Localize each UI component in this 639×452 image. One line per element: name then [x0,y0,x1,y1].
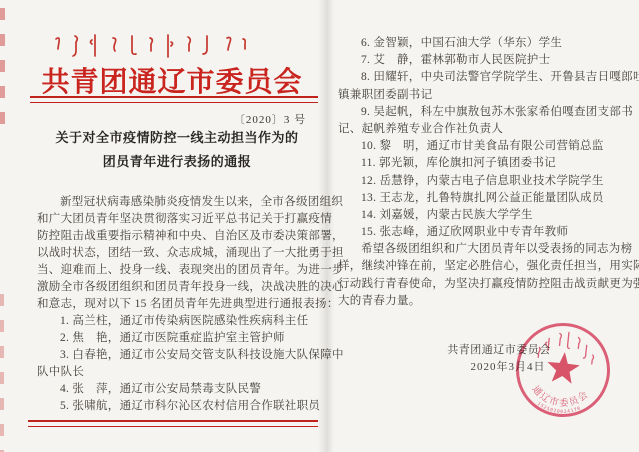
scanned-document: 共青团通辽市委员会 〔2020〕3 号 关于对全市疫情防控一线主动担当作为的 团… [0,0,639,452]
closing-line: 大的青春力量。 [338,293,626,310]
mongolian-script-header-icon [48,31,250,63]
body-line: 防控阻击战重要指示精神和中央、自治区及市委决策部署， [37,228,325,245]
list-item: 8. 田耀轩，中央司法警官学院学生、开鲁县吉日嘎郎吐 [338,69,626,86]
scan-artifact-left-bottom [0,294,4,452]
body-line: 激励全市各级团组织和团员青年投身一线，决战决胜的决心 [37,279,325,296]
footer-red-rule [28,420,318,427]
list-item: 3. 白春艳，通辽市公安局交管支队科技设施大队保障中 [37,347,325,364]
list-item-wrap: 记、起帆养殖专业合作社负责人 [338,121,626,138]
document-title: 关于对全市疫情防控一线主动担当作为的 团员青年进行表扬的通报 [32,128,322,172]
list-item-wrap: 队中队长 [37,364,325,381]
list-item: 9. 吴起帆，科左中旗敖包苏木张家希伯嘎查团支部书 [338,104,626,121]
closing-line: 希望各级团组织和广大团员青年以受表扬的同志为榜 [338,241,626,258]
body-line: 当、迎难而上、投身一线、表现突出的团员青年。为进一步 [37,262,325,279]
document-title-line-1: 关于对全市疫情防控一线主动担当作为的 [32,128,322,148]
document-number: 〔2020〕3 号 [200,111,340,127]
seal-mongolian-script-icon [538,329,596,364]
list-item: 5. 张啸航，通辽市科尔沁区农村信用合作联社职员 [37,398,325,415]
scan-artifact-left-top [0,8,5,124]
list-item: 15. 张志峰，通辽欣网职业中专青年教师 [338,224,626,241]
issuing-org-title: 共青团通辽市委员会 [22,60,322,100]
list-item: 4. 张 萍，通辽市公安局禁毒支队民警 [37,381,325,398]
star-icon [546,350,581,384]
list-item: 13. 王志龙，扎鲁特旗扎网公益正能量团队成员 [338,190,626,207]
list-item: 11. 郭光颖，库伦旗扣河子镇团委书记 [338,155,626,172]
body-line: 和意志，现对以下 15 名团员青年先进典型进行通报表扬： [37,296,325,313]
list-item-wrap: 镇兼职团委副书记 [338,87,626,104]
header-red-rule [30,96,318,103]
page-2-body: 6. 金智颖，中国石油大学（华东）学生 7. 艾 静，霍林郭勒市人民医院护士 8… [338,35,626,310]
list-item: 10. 黎 明，通辽市甘美食品有限公司营销总监 [338,138,626,155]
list-item: 6. 金智颖，中国石油大学（华东）学生 [338,35,626,52]
page-1-body: 新型冠状病毒感染肺炎疫情发生以来，全市各级团组织 和广大团员青年坚决贯彻落实习近… [37,194,325,415]
body-line: 新型冠状病毒感染肺炎疫情发生以来，全市各级团组织 [37,194,325,211]
list-item: 12. 岳慧铮，内蒙古电子信息职业技术学院学生 [338,173,626,190]
list-item: 14. 刘嘉媛，内蒙古民族大学学生 [338,207,626,224]
list-item: 1. 高兰柱，通辽市传染病医院感染性疾病科主任 [37,313,325,330]
list-item: 2. 焦 艳，通辽市医院重症监护室主管护师 [37,330,325,347]
closing-line: 行动践行青春使命，为坚决打赢疫情防控阻击战贡献更为强 [338,276,626,293]
closing-line: 样，继续冲锋在前，坚定必胜信心，强化责任担当，用实际 [338,258,626,275]
document-title-line-2: 团员青年进行表扬的通报 [32,152,322,172]
body-line: 和广大团员青年坚决贯彻落实习近平总书记关于打赢疫情 [37,211,325,228]
body-line: 以战时状态，团结一致、众志成城，涌现出了一大批勇于担 [37,245,325,262]
list-item: 7. 艾 静，霍林郭勒市人民医院护士 [338,52,626,69]
official-seal-stamp: 通辽市委员会 1525020024170 [513,320,613,420]
